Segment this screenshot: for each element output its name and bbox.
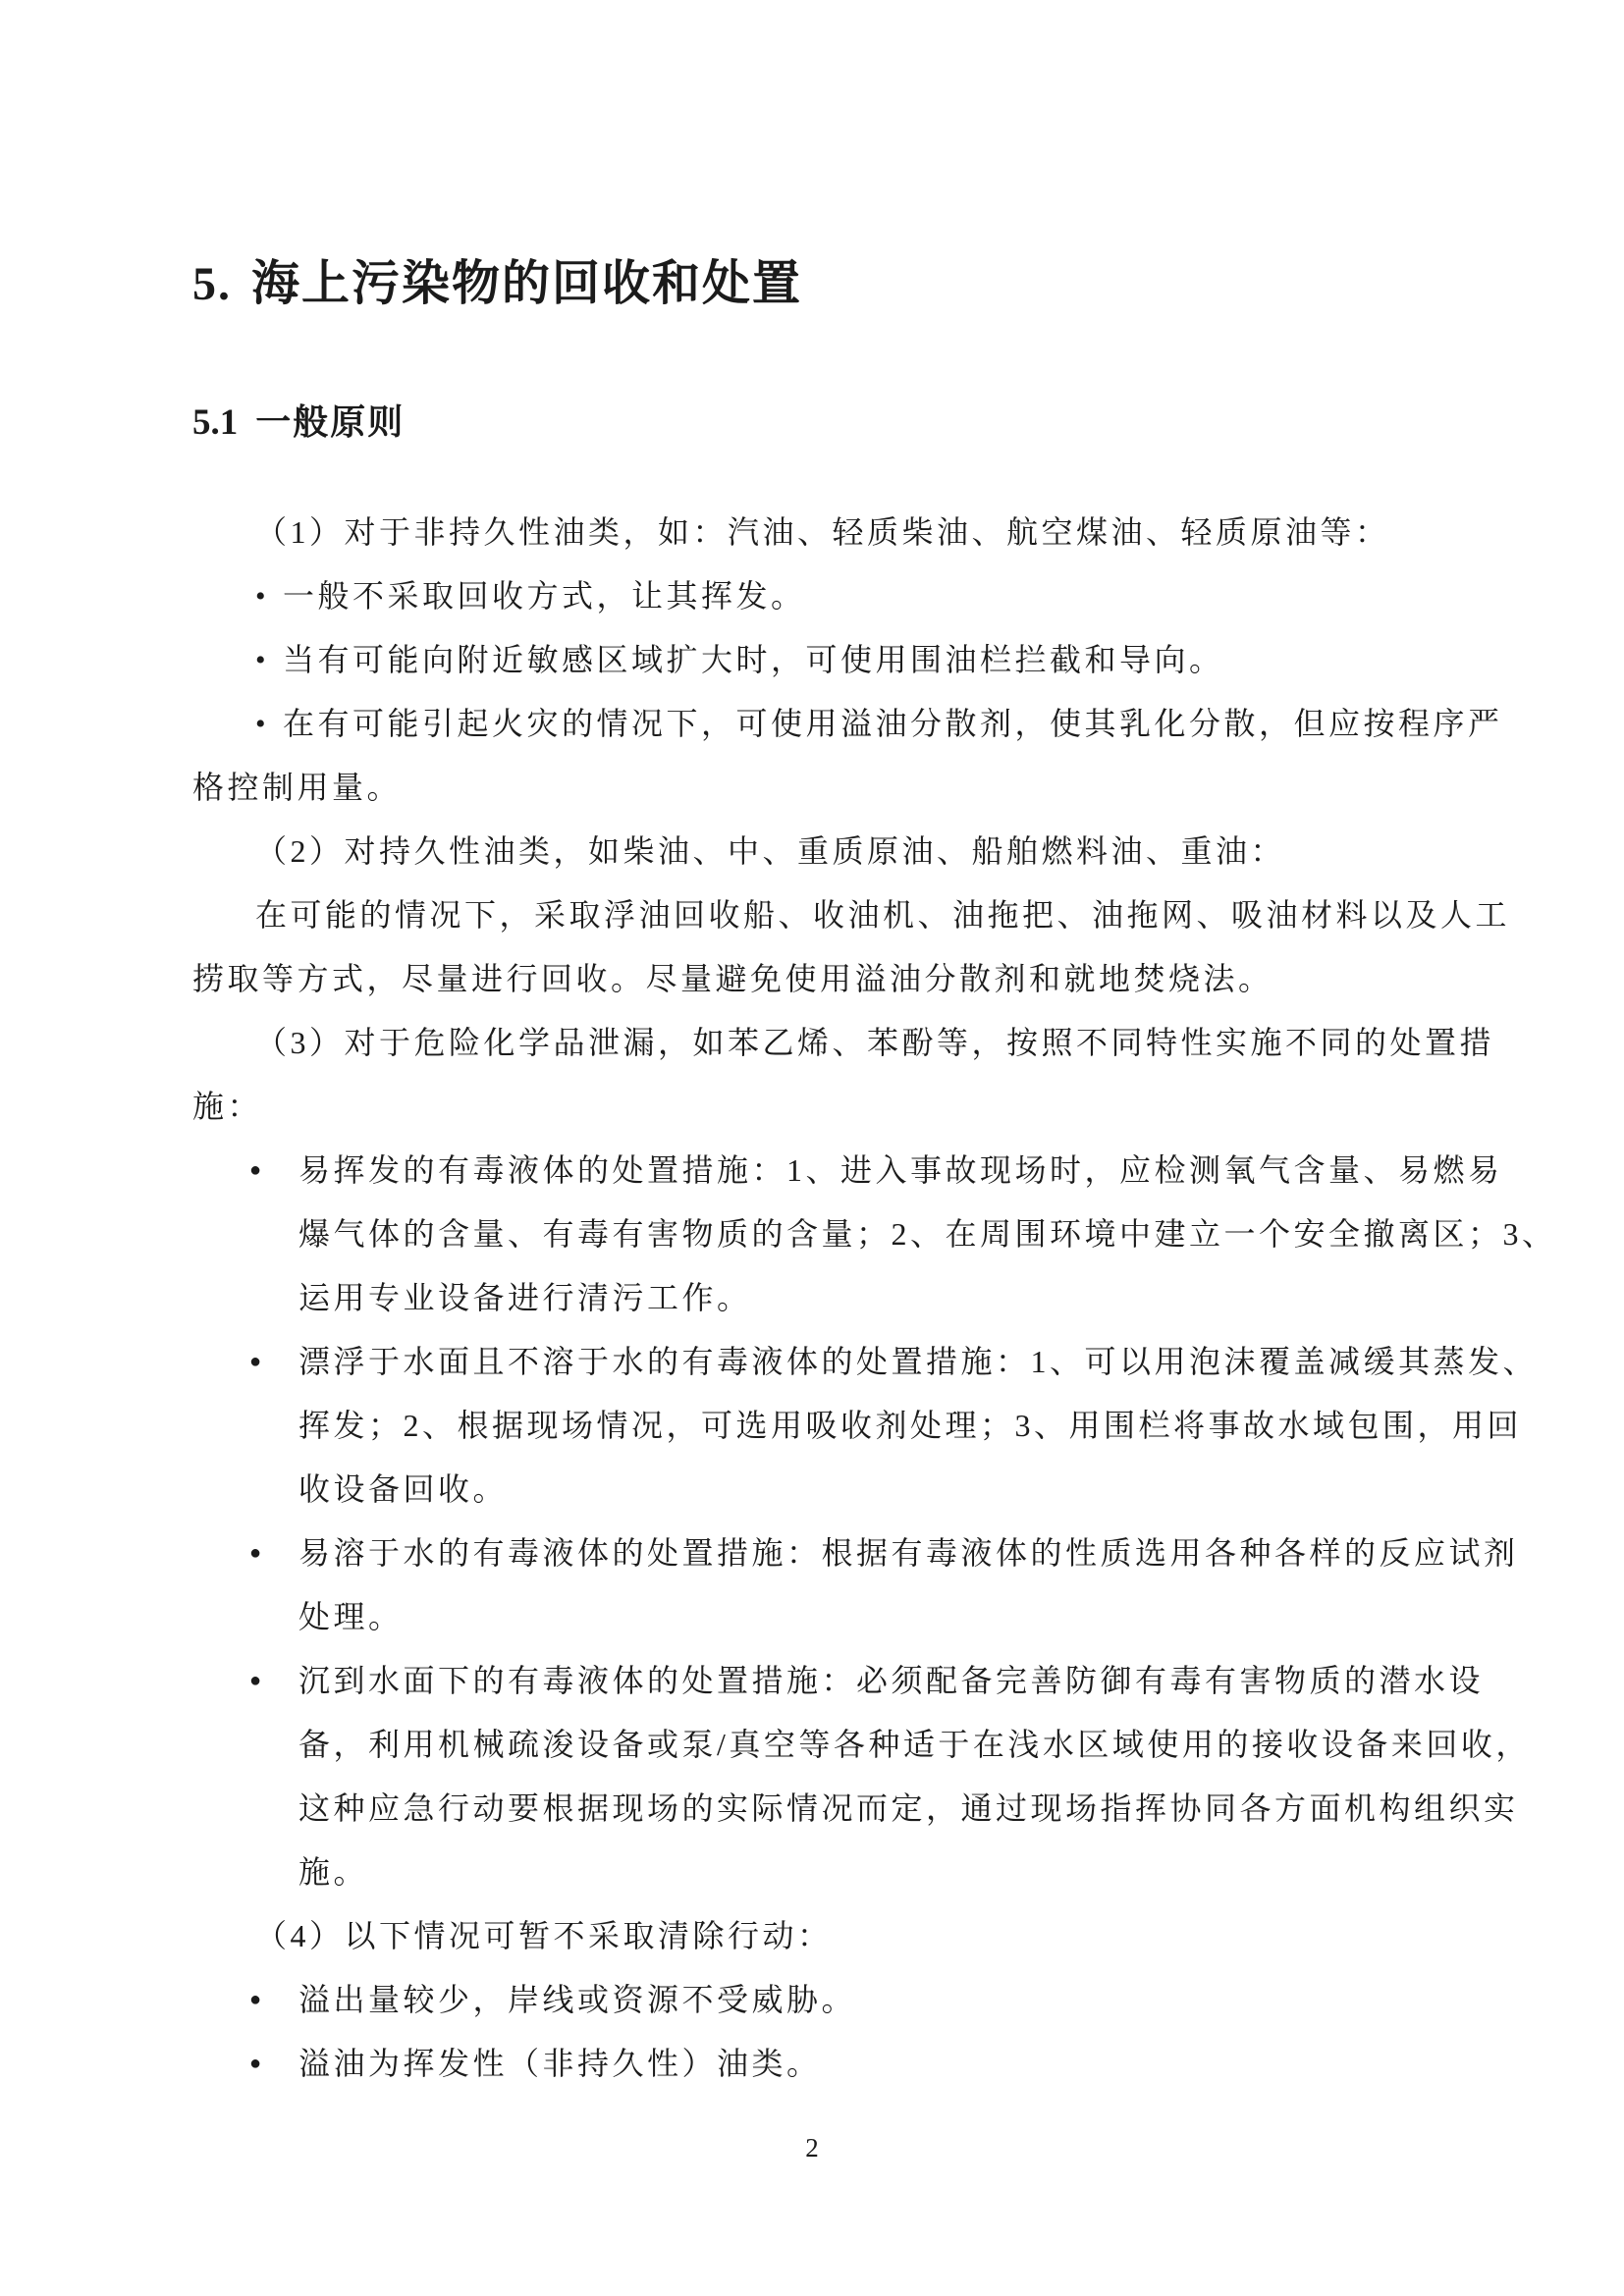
text-line: 这种应急行动要根据现场的实际情况而定，通过现场指挥协同各方面机构组织实	[192, 1777, 1467, 1841]
dot-bullet-icon: •	[255, 628, 266, 692]
text-line: 处理。	[192, 1585, 1467, 1649]
line-text: （1）对于非持久性油类，如：汽油、轻质柴油、航空煤油、轻质原油等：	[255, 501, 1390, 564]
text-line: ●漂浮于水面且不溶于水的有毒液体的处置措施：1、可以用泡沫覆盖减缓其蒸发、	[192, 1330, 1467, 1394]
text-line: （1）对于非持久性油类，如：汽油、轻质柴油、航空煤油、轻质原油等：	[192, 501, 1467, 564]
disc-bullet-icon: ●	[249, 1649, 261, 1713]
text-line: ●易溶于水的有毒液体的处置措施：根据有毒液体的性质选用各种各样的反应试剂	[192, 1522, 1467, 1585]
disc-bullet-icon: ●	[249, 1968, 261, 2032]
text-line: 挥发；2、根据现场情况，可选用吸收剂处理；3、用围栏将事故水域包围，用回	[192, 1394, 1467, 1458]
line-text: 溢出量较少，岸线或资源不受威胁。	[298, 1968, 856, 2032]
line-text: 这种应急行动要根据现场的实际情况而定，通过现场指挥协同各方面机构组织实	[298, 1777, 1519, 1841]
document-body: （1）对于非持久性油类，如：汽油、轻质柴油、航空煤油、轻质原油等：•一般不采取回…	[192, 501, 1467, 2096]
line-text: 施。	[298, 1841, 368, 1904]
line-text: 处理。	[298, 1585, 404, 1649]
page-number: 2	[0, 2128, 1624, 2167]
line-text: 挥发；2、根据现场情况，可选用吸收剂处理；3、用围栏将事故水域包围，用回	[298, 1394, 1522, 1458]
text-line: ●沉到水面下的有毒液体的处置措施：必须配备完善防御有毒有害物质的潜水设	[192, 1649, 1467, 1713]
section-title: 一般原则	[255, 401, 405, 442]
text-line: （4）以下情况可暂不采取清除行动：	[192, 1904, 1467, 1968]
line-text: 在可能的情况下，采取浮油回收船、收油机、油拖把、油拖网、吸油材料以及人工	[255, 883, 1510, 947]
line-text: 溢油为挥发性（非持久性）油类。	[298, 2032, 822, 2096]
line-text: 爆气体的含量、有毒有害物质的含量；2、在周围环境中建立一个安全撤离区；3、	[298, 1202, 1557, 1266]
line-text: 一般不采取回收方式，让其挥发。	[283, 564, 806, 628]
line-text: （2）对持久性油类，如柴油、中、重质原油、船舶燃料油、重油：	[255, 820, 1285, 883]
line-text: 漂浮于水面且不溶于水的有毒液体的处置措施：1、可以用泡沫覆盖减缓其蒸发、	[298, 1330, 1538, 1394]
text-line: 运用专业设备进行清污工作。	[192, 1266, 1467, 1330]
text-line: 爆气体的含量、有毒有害物质的含量；2、在周围环境中建立一个安全撤离区；3、	[192, 1202, 1467, 1266]
line-text: （3）对于危险化学品泄漏，如苯乙烯、苯酚等，按照不同特性实施不同的处置措	[255, 1011, 1494, 1075]
disc-bullet-icon: ●	[249, 1522, 261, 1585]
section-heading: 5.1一般原则	[192, 395, 405, 445]
text-line: 施。	[192, 1841, 1467, 1904]
line-text: 易溶于水的有毒液体的处置措施：根据有毒液体的性质选用各种各样的反应试剂	[298, 1522, 1519, 1585]
line-text: 施：	[192, 1075, 262, 1139]
line-text: 收设备回收。	[298, 1458, 508, 1522]
text-line: •当有可能向附近敏感区域扩大时，可使用围油栏拦截和导向。	[192, 628, 1467, 692]
text-line: 在可能的情况下，采取浮油回收船、收油机、油拖把、油拖网、吸油材料以及人工	[192, 883, 1467, 947]
line-text: 沉到水面下的有毒液体的处置措施：必须配备完善防御有毒有害物质的潜水设	[298, 1649, 1484, 1713]
text-line: 格控制用量。	[192, 756, 1467, 820]
line-text: 备，利用机械疏浚设备或泵/真空等各种适于在浅水区域使用的接收设备来回收，	[298, 1713, 1531, 1777]
text-line: 备，利用机械疏浚设备或泵/真空等各种适于在浅水区域使用的接收设备来回收，	[192, 1713, 1467, 1777]
disc-bullet-icon: ●	[249, 1330, 261, 1394]
text-line: •一般不采取回收方式，让其挥发。	[192, 564, 1467, 628]
title-text: 海上污染物的回收和处置	[251, 257, 802, 310]
text-line: •在有可能引起火灾的情况下，可使用溢油分散剂，使其乳化分散，但应按程序严	[192, 692, 1467, 756]
text-line: 捞取等方式，尽量进行回收。尽量避免使用溢油分散剂和就地焚烧法。	[192, 947, 1467, 1011]
title-number: 5.	[192, 258, 232, 310]
disc-bullet-icon: ●	[249, 1139, 261, 1202]
line-text: 捞取等方式，尽量进行回收。尽量避免使用溢油分散剂和就地焚烧法。	[192, 947, 1273, 1011]
line-text: 易挥发的有毒液体的处置措施：1、进入事故现场时，应检测氧气含量、易燃易	[298, 1139, 1503, 1202]
document-title: 5.海上污染物的回收和处置	[192, 245, 802, 314]
text-line: ●溢出量较少，岸线或资源不受威胁。	[192, 1968, 1467, 2032]
disc-bullet-icon: ●	[249, 2032, 261, 2096]
dot-bullet-icon: •	[255, 692, 266, 756]
text-line: ●溢油为挥发性（非持久性）油类。	[192, 2032, 1467, 2096]
text-line: （3）对于危险化学品泄漏，如苯乙烯、苯酚等，按照不同特性实施不同的处置措	[192, 1011, 1467, 1075]
text-line: 施：	[192, 1075, 1467, 1139]
dot-bullet-icon: •	[255, 564, 266, 628]
line-text: 在有可能引起火灾的情况下，可使用溢油分散剂，使其乳化分散，但应按程序严	[283, 692, 1503, 756]
document-page: 5.海上污染物的回收和处置 5.1一般原则 （1）对于非持久性油类，如：汽油、轻…	[0, 0, 1624, 2296]
text-line: （2）对持久性油类，如柴油、中、重质原油、船舶燃料油、重油：	[192, 820, 1467, 883]
text-line: 收设备回收。	[192, 1458, 1467, 1522]
section-number: 5.1	[192, 402, 238, 443]
line-text: （4）以下情况可暂不采取清除行动：	[255, 1904, 833, 1968]
line-text: 格控制用量。	[192, 756, 402, 820]
line-text: 当有可能向附近敏感区域扩大时，可使用围油栏拦截和导向。	[283, 628, 1224, 692]
text-line: ●易挥发的有毒液体的处置措施：1、进入事故现场时，应检测氧气含量、易燃易	[192, 1139, 1467, 1202]
line-text: 运用专业设备进行清污工作。	[298, 1266, 752, 1330]
